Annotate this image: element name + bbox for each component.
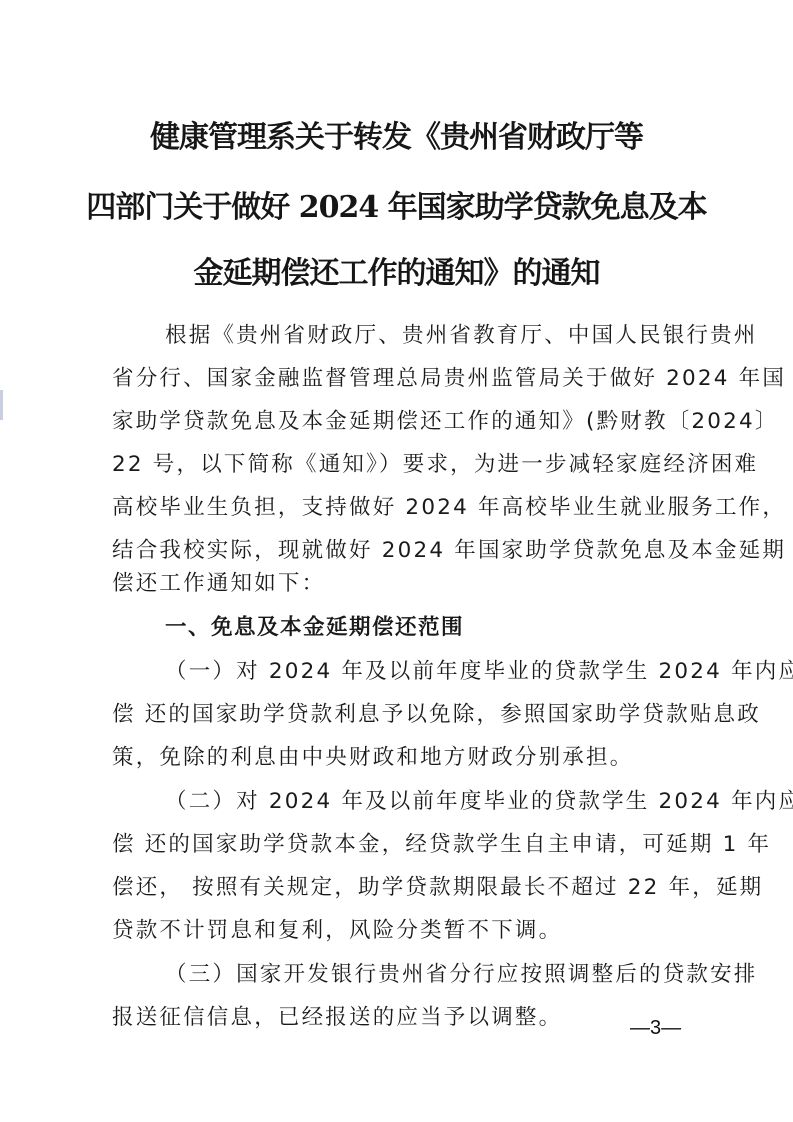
- page-number: —3—: [630, 1017, 681, 1040]
- paragraph-line: 家助学贷款免息及本金延期偿还工作的通知》(黔财教〔2024〕: [112, 404, 732, 435]
- scan-edge-mark: [0, 390, 3, 420]
- paragraph-line: （三）国家开发银行贵州省分行应按照调整后的贷款安排: [165, 957, 785, 988]
- paragraph-line: （二）对 2024 年及以前年度毕业的贷款学生 2024 年内应: [165, 784, 785, 815]
- paragraph-line: （一）对 2024 年及以前年度毕业的贷款学生 2024 年内应: [165, 654, 785, 685]
- paragraph-line: 22 号，以下简称《通知》）要求，为进一步减轻家庭经济困难: [112, 447, 732, 478]
- paragraph-line: 贷款不计罚息和复利，风险分类暂不下调。: [112, 913, 732, 944]
- section-heading: 一、免息及本金延期偿还范围: [165, 610, 785, 641]
- paragraph-line: 根据《贵州省财政厅、贵州省教育厅、中国人民银行贵州: [165, 318, 785, 349]
- paragraph-line: 偿还， 按照有关规定，助学贷款期限最长不超过 22 年，延期: [112, 870, 732, 901]
- paragraph-line: 偿 还的国家助学贷款本金，经贷款学生自主申请，可延期 1 年: [112, 827, 732, 858]
- paragraph-line: 偿 还的国家助学贷款利息予以免除，参照国家助学贷款贴息政: [112, 697, 732, 728]
- title-line-2: 四部门关于做好 2024 年国家助学贷款免息及本: [0, 182, 793, 226]
- paragraph-line: 高校毕业生负担，支持做好 2024 年高校毕业生就业服务工作，: [112, 490, 732, 521]
- document-page: 健康管理系关于转发《贵州省财政厅等 四部门关于做好 2024 年国家助学贷款免息…: [0, 0, 793, 1122]
- title-line-3: 金延期偿还工作的通知》的通知: [0, 248, 793, 292]
- paragraph-line: 结合我校实际，现就做好 2024 年国家助学贷款免息及本金延期: [112, 533, 732, 564]
- paragraph-line: 策，免除的利息由中央财政和地方财政分别承担。: [112, 740, 732, 771]
- paragraph-line: 省分行、国家金融监督管理总局贵州监管局关于做好 2024 年国: [112, 361, 732, 392]
- paragraph-line: 偿还工作通知如下：: [112, 566, 732, 597]
- title-line-1: 健康管理系关于转发《贵州省财政厅等: [0, 112, 793, 156]
